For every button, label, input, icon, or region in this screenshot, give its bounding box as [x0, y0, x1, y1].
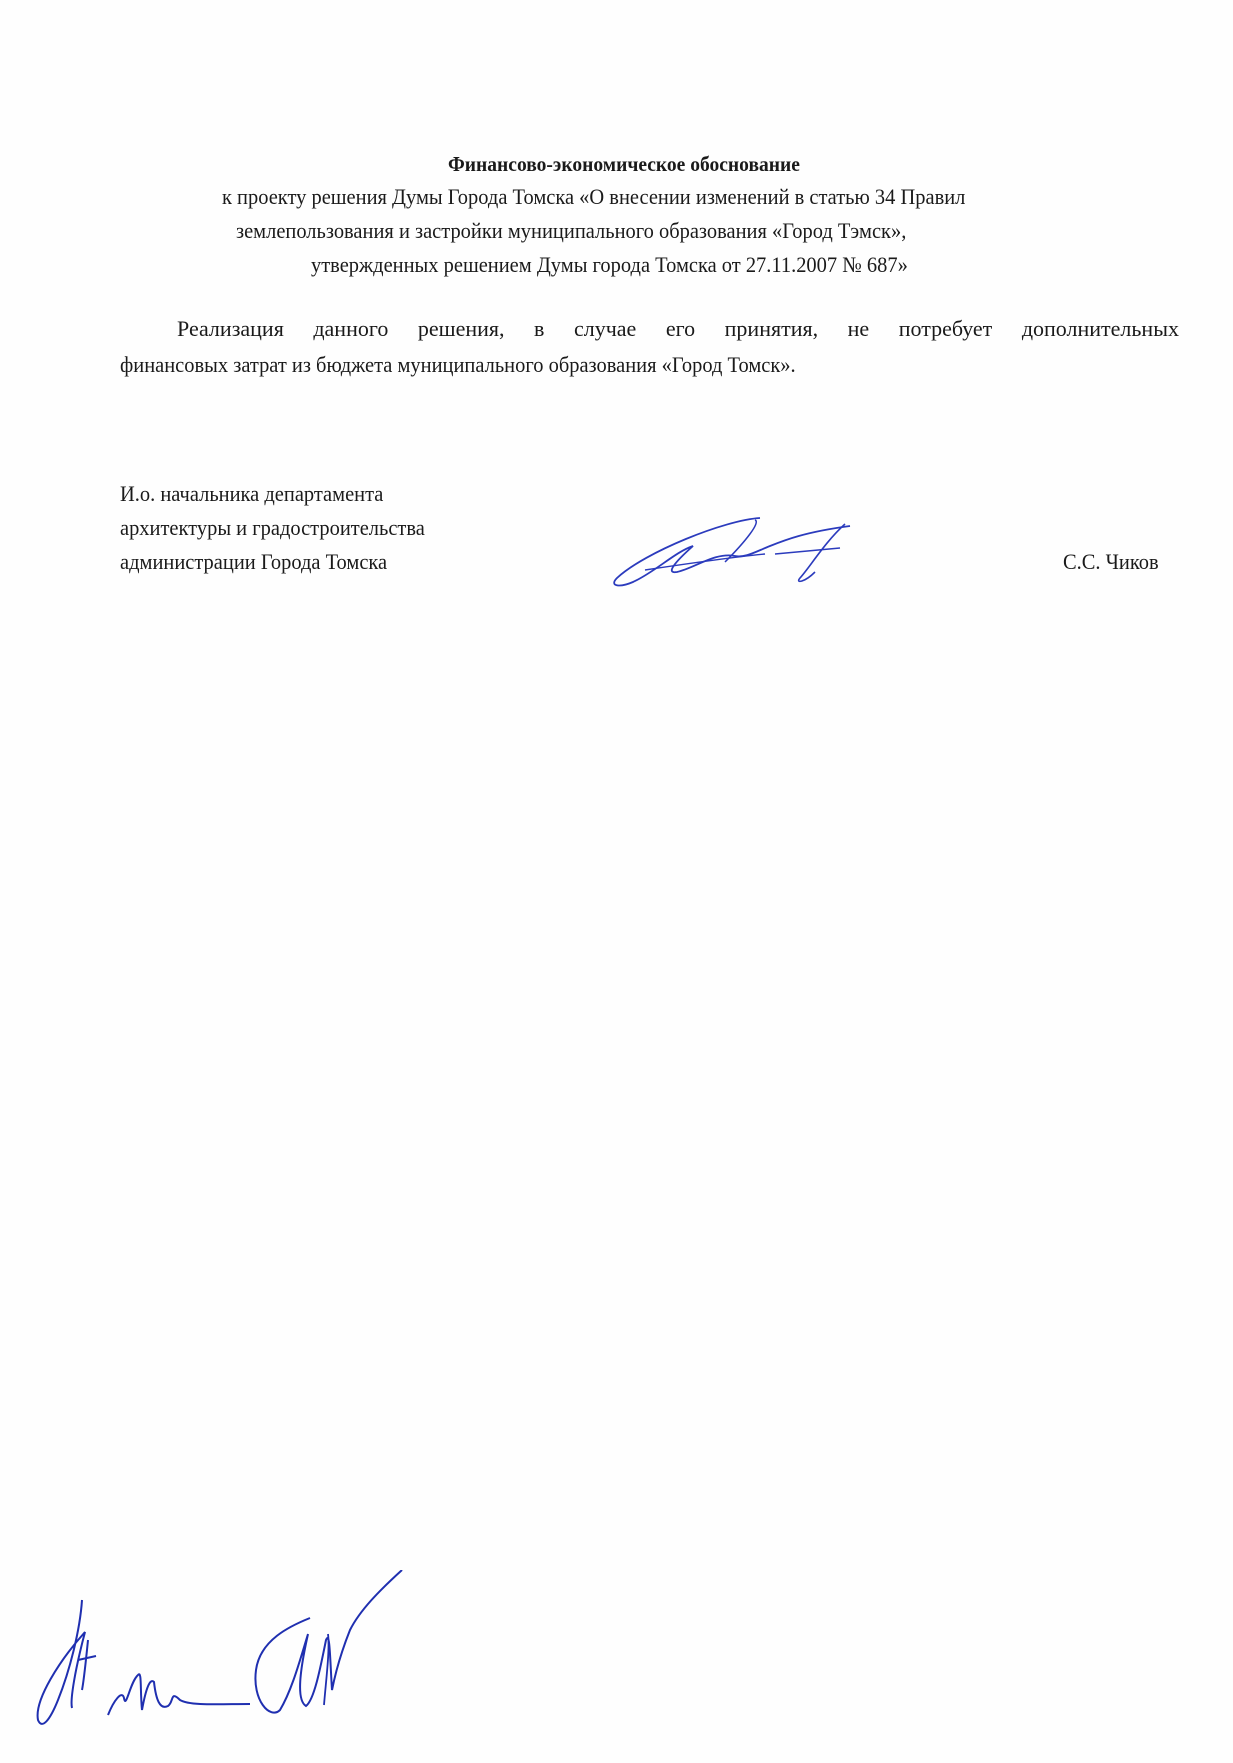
- signatory-name: С.С. Чиков: [1063, 549, 1159, 575]
- signatory-position-line-2: архитектуры и градостроительства: [120, 515, 425, 541]
- body-line-2: финансовых затрат из бюджета муниципальн…: [120, 352, 796, 378]
- signatory-position-line-1: И.о. начальника департамента: [120, 481, 383, 507]
- subtitle-line-1: к проекту решения Думы Города Томска «О …: [222, 184, 965, 210]
- signatory-position-line-3: администрации Города Томска: [120, 549, 387, 575]
- subtitle-line-3: утвержденных решением Думы города Томска…: [311, 252, 908, 278]
- initials-icon: [30, 1570, 410, 1750]
- document-title: Финансово-экономическое обоснование: [448, 151, 800, 177]
- subtitle-line-2: землепользования и застройки муниципальн…: [236, 218, 906, 244]
- handwritten-signature: [605, 512, 855, 592]
- signature-icon: [605, 512, 855, 592]
- approval-initials: [30, 1570, 410, 1750]
- document-page: Финансово-экономическое обоснование к пр…: [0, 0, 1233, 1763]
- body-line-1: Реализация данного решения, в случае его…: [177, 316, 1179, 342]
